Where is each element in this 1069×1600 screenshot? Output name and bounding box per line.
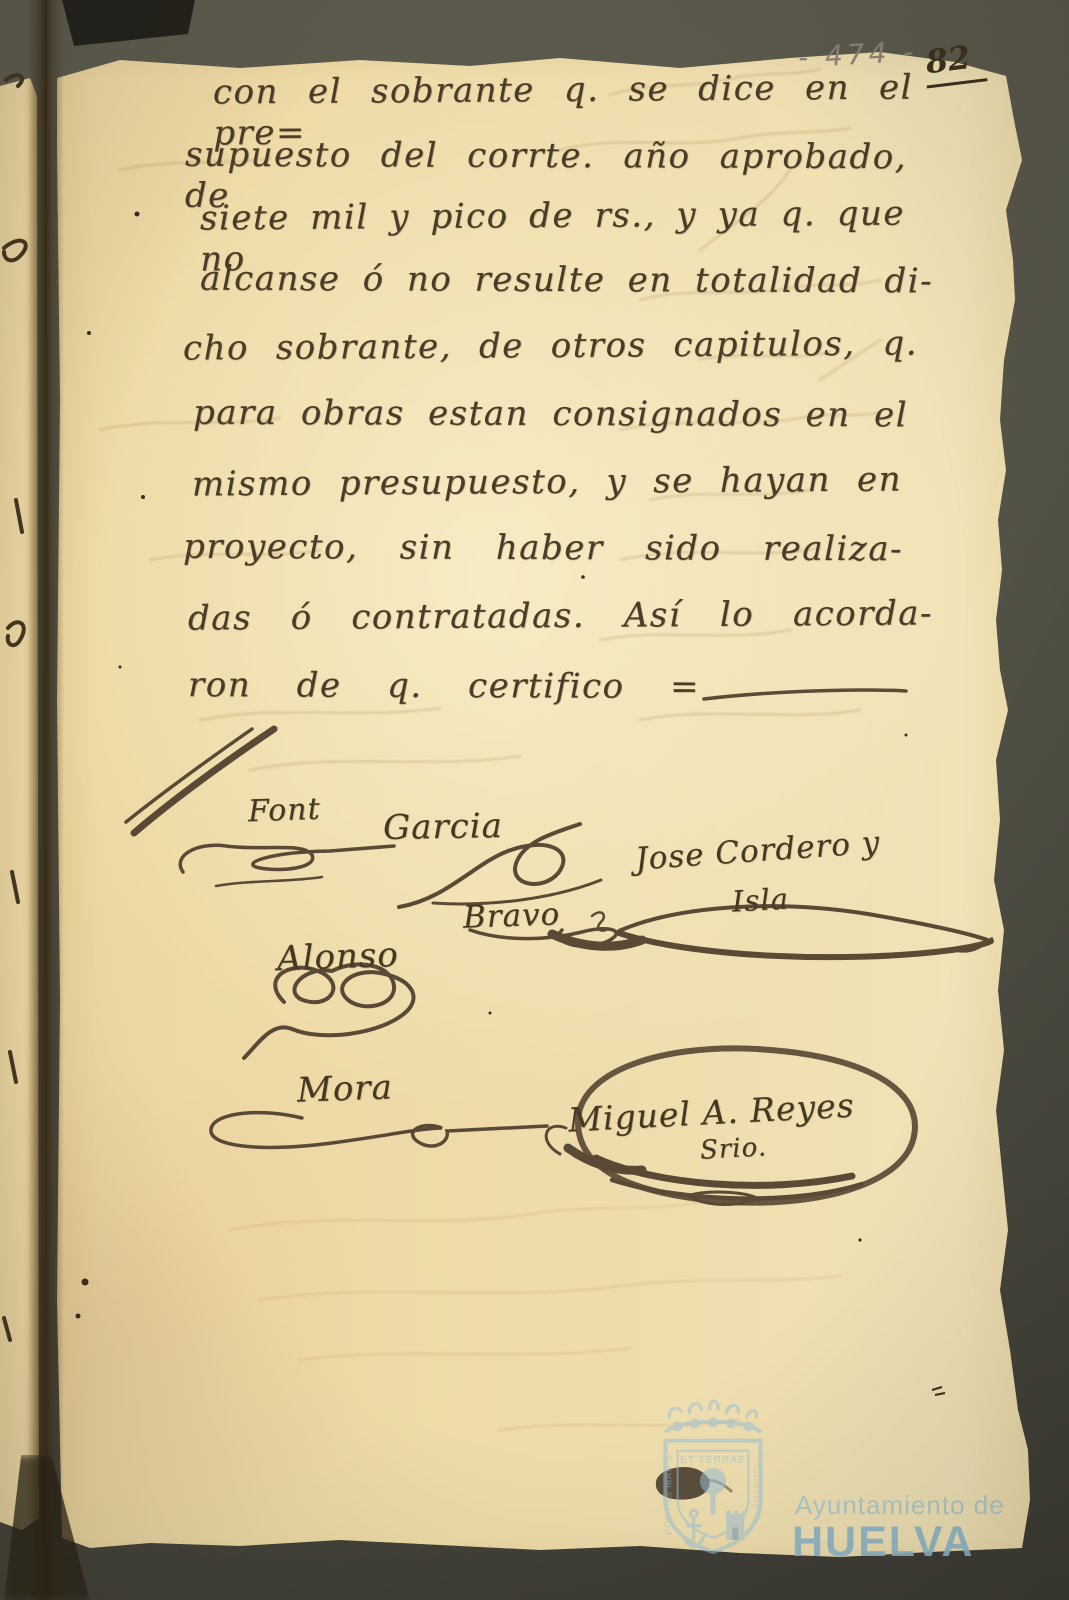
- signature-secretary-title: Srio.: [699, 1134, 767, 1163]
- manuscript-line: alcanse ó no resulte en totalidad di-: [200, 259, 933, 314]
- signature-bravo: Bravo: [462, 899, 560, 933]
- folio-number-ink: 82: [921, 36, 987, 88]
- signature-cordero-2: Isla: [731, 885, 789, 917]
- signature-mora: Mora: [296, 1070, 393, 1107]
- manuscript-line: mismo presupuesto, y se hayan en: [192, 460, 902, 517]
- manuscript-line: para obras estan consignados en el: [193, 393, 908, 447]
- manuscript-line: siete mil y pico de rs., y ya q. que no: [200, 194, 905, 251]
- binding-gutter-shadow: [28, 0, 64, 1600]
- manuscript-line: das ó contratadas. Así lo acorda-: [188, 593, 933, 650]
- manuscript-line: cho sobrante, de otros capitulos, q.: [183, 323, 918, 380]
- manuscript-line: supuesto del corrte. año aprobado, de: [185, 135, 907, 190]
- manuscript-line: con el sobrante q. se dice en el pre=: [213, 68, 913, 125]
- manuscript-line: proyecto, sin haber sido realiza-: [183, 527, 903, 582]
- signature-alonso: Alonso: [276, 938, 399, 976]
- manuscript-line: ron de q. certifico =: [188, 665, 700, 719]
- signature-font: Font: [247, 795, 321, 828]
- signature-garcia: Garcia: [383, 809, 503, 845]
- scanned-manuscript-page: - 474 - 82 con el sobrante q. se dice en…: [0, 0, 1069, 1600]
